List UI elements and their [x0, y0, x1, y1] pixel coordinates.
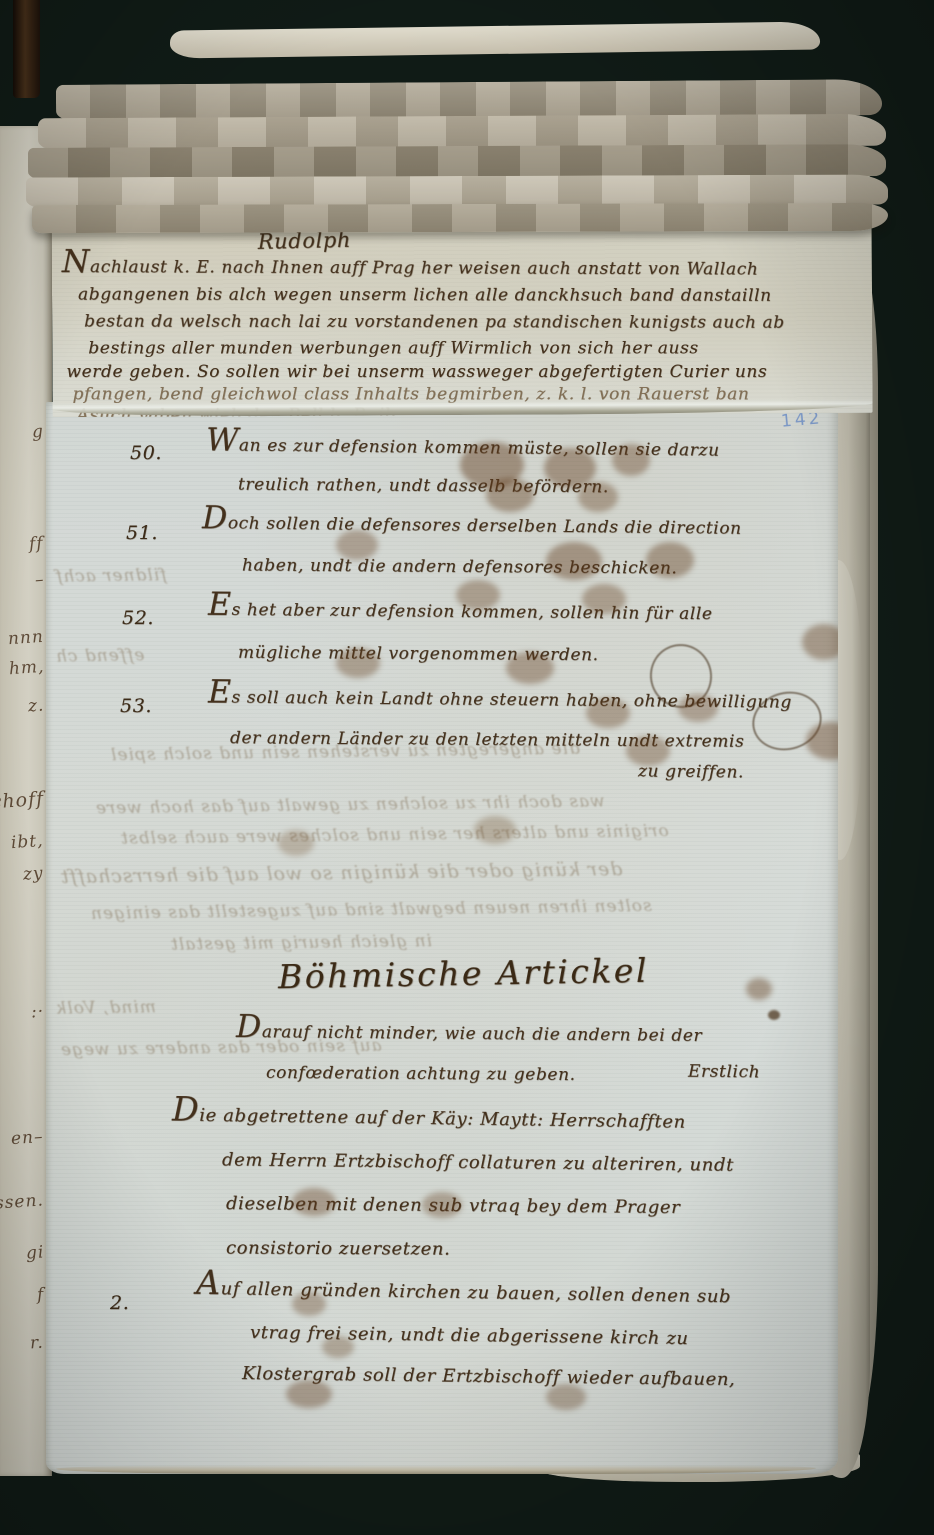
- manuscript-page-142: 142 50. Wan es zur defension kommen müst…: [46, 402, 838, 1474]
- binding-board-edge: [13, 0, 40, 98]
- first-article-line: dem Herrn Ertzbischoff collaturen zu alt…: [222, 1149, 734, 1175]
- fragment-text: r.: [30, 1333, 45, 1354]
- article-52-line: Es het aber zur defension kommen, sollen…: [208, 600, 713, 624]
- fragment-text: schoff: [0, 788, 45, 814]
- second-article-line: Auf allen gründen kirchen zu bauen, soll…: [196, 1278, 731, 1307]
- bleed-through-line: fildner achf: [55, 565, 167, 587]
- intro-line: confœderation achtung zu geben.: [266, 1063, 576, 1085]
- article-53-line: zu greiffen.: [638, 761, 744, 782]
- fragment-text: –: [34, 570, 45, 591]
- article-52-line: mügliche mittel vorgenommen werden.: [238, 643, 599, 666]
- fragment-text: ibt,: [11, 831, 45, 853]
- fragment-text: g: [31, 422, 44, 443]
- fragment-text: :·: [30, 1002, 45, 1023]
- article-number-53: 53.: [120, 695, 152, 717]
- body-line: abgangenen bis alch wegen unserm lichen …: [78, 285, 772, 306]
- first-article-line: Die abgetrettene auf der Käy: Maytt: Her…: [172, 1104, 686, 1132]
- article-50-line: treulich rathen, undt dasselb befördern.: [238, 475, 609, 498]
- fragment-text: ff: [29, 534, 45, 555]
- first-article-line: consistorio zuersetzen.: [226, 1237, 451, 1259]
- photograph-of-manuscript: g ff – nnn hm, z. schoff ibt, zy :· en– …: [0, 0, 934, 1535]
- intro-right-word: Erstlich: [688, 1062, 760, 1083]
- ink-stain: [746, 978, 772, 1000]
- bleed-through-line: mind, Volk: [55, 997, 156, 1018]
- article-number-2: 2.: [110, 1292, 129, 1314]
- fragment-text: gi: [25, 1242, 45, 1263]
- bleed-through-line: effend ch: [55, 645, 145, 666]
- article-51-line: haben, undt die andern defensores beschi…: [242, 555, 678, 578]
- intro-line: Darauf nicht minder, wie auch die andern…: [236, 1022, 702, 1046]
- second-article-line: Klostergrab soll der Ertzbischoff wieder…: [242, 1363, 736, 1390]
- body-line: bestan da welsch nach lai zu vorstandene…: [84, 312, 785, 333]
- article-number-52: 52.: [122, 607, 154, 629]
- body-line: werde geben. So sollen wir bei unserm wa…: [66, 362, 767, 382]
- article-number-51: 51.: [126, 522, 158, 544]
- ink-dot: [768, 1010, 780, 1020]
- fragment-text: nnn: [7, 627, 44, 649]
- fragment-text: f: [36, 1285, 45, 1305]
- fragment-text: zy: [23, 863, 45, 884]
- bleed-through-line: was doch ihr zu solchen zu gewalt auf da…: [95, 791, 605, 818]
- second-article-line: vtrag frei sein, undt die abgerissene ki…: [250, 1322, 689, 1349]
- bleed-through-line: der künig oder die künigin so wol auf di…: [60, 858, 623, 888]
- page-edge-strip: [32, 203, 888, 233]
- fragment-text: en–: [11, 1127, 45, 1149]
- bleed-through-line: in gleich heurig mit gestalt: [170, 931, 432, 955]
- body-line: Nachlaust k. E. nach Ihnen auff Prag her…: [62, 257, 759, 279]
- fragment-text: z.: [27, 695, 45, 716]
- ink-stain: [802, 624, 838, 660]
- facing-page-edge: g ff – nnn hm, z. schoff ibt, zy :· en– …: [0, 126, 52, 1476]
- article-51-line: Doch sollen die defensores derselben Lan…: [202, 513, 742, 539]
- fragment-text: hm,: [8, 657, 45, 679]
- bleed-through-line: die angeregten zu verstehen sein und sol…: [110, 739, 580, 766]
- bleed-through-line: solten ihren neuen begwalt sind auf zuge…: [90, 896, 652, 924]
- article-number-50: 50.: [130, 442, 162, 464]
- fragment-text: ssen.: [0, 1190, 45, 1213]
- article-50-line: Wan es zur defension kommen müste, solle…: [206, 435, 720, 460]
- section-heading: Böhmische Artickel: [278, 951, 650, 996]
- body-line: Asuch yaben wieb den Bell b. R. ib: [77, 405, 396, 417]
- body-line: bestings aller munden werbungen auff Wir…: [88, 338, 698, 358]
- bleed-through-line: originis und alters her sein und solches…: [120, 821, 669, 849]
- first-article-line: dieselben mit denen sub vtraq bey dem Pr…: [226, 1193, 680, 1218]
- body-line: pfangen, bend gleichwol class Inhalts be…: [73, 384, 750, 404]
